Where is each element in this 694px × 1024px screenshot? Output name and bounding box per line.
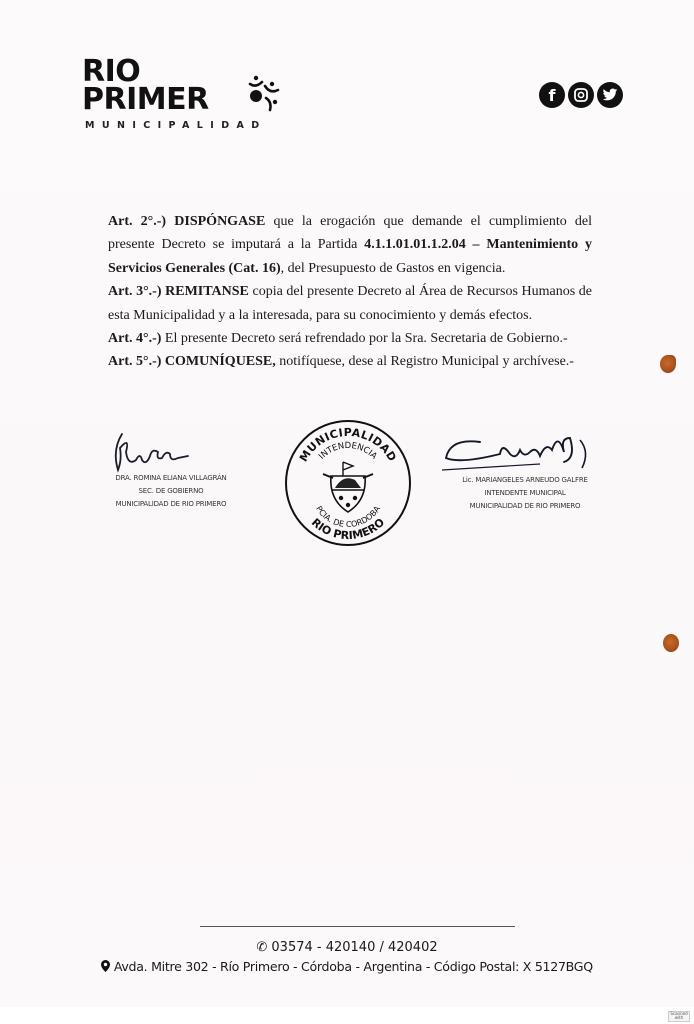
phone-icon: ✆ (256, 940, 267, 955)
article-3: Art. 3°.-) REMITANSE copia del presente … (108, 280, 592, 327)
signature-block-secretary: DRA. ROMINA ELIANA VILLAGRÁN SEC. DE GOB… (96, 472, 246, 511)
logo-line-primer: PRIMER (82, 86, 209, 114)
municipal-seal-stamp: MUNICIPALIDAD INTENDENCIA PCIA. DE CORDO… (283, 418, 413, 548)
signature-left-title: SEC. DE GOBIERNO (96, 485, 246, 498)
signature-right-title: INTENDENTE MUNICIPAL (440, 487, 610, 500)
article-3-keyword: REMITANSE (165, 284, 249, 299)
decree-articles: Art. 2°.-) DISPÓNGASE que la erogación q… (108, 210, 592, 374)
footer-divider (200, 926, 515, 927)
instagram-icon[interactable] (568, 82, 594, 108)
footer-address-text: Avda. Mitre 302 - Río Primero - Córdoba … (114, 959, 593, 974)
article-2-keyword: DISPÓNGASE (174, 214, 265, 229)
signature-right-name: Lic. MARIANGELES ARNEUDO GALFRE (440, 474, 610, 487)
facebook-icon[interactable]: f (539, 82, 565, 108)
sun-people-icon (242, 72, 282, 112)
signature-block-mayor: Lic. MARIANGELES ARNEUDO GALFRE INTENDEN… (440, 474, 610, 513)
signature-left-org: MUNICIPALIDAD DE RIO PRIMERO (96, 498, 246, 511)
article-5-keyword: COMUNÍQUESE, (165, 354, 276, 369)
punch-hole-bottom (663, 634, 679, 652)
page-bottom-margin (0, 1007, 694, 1024)
article-4-text: El presente Decreto será refrendado por … (161, 331, 567, 346)
article-4-label: Art. 4°.-) (108, 331, 161, 346)
article-3-label: Art. 3°.-) (108, 284, 162, 299)
signature-left-name: DRA. ROMINA ELIANA VILLAGRÁN (96, 472, 246, 485)
punch-hole-top (660, 355, 676, 373)
logo-subtitle: MUNICIPALIDAD (85, 120, 267, 131)
signature-scribble-right (440, 428, 600, 476)
article-5: Art. 5°.-) COMUNÍQUESE, notifíquese, des… (108, 350, 592, 373)
twitter-icon[interactable] (597, 82, 623, 108)
location-pin-icon (101, 960, 110, 972)
footer-phone-number: 03574 - 420140 / 420402 (271, 940, 437, 955)
article-5-label: Art. 5°.-) (108, 354, 161, 369)
footer-address: Avda. Mitre 302 - Río Primero - Córdoba … (0, 959, 694, 974)
scanner-badge: Scanned with (668, 1011, 690, 1022)
article-4: Art. 4°.-) El presente Decreto será refr… (108, 327, 592, 350)
municipality-logo: RIO PRIMER MUNICIPALIDAD (82, 56, 282, 136)
signature-right-org: MUNICIPALIDAD DE RIO PRIMERO (440, 500, 610, 513)
article-2-label: Art. 2°.-) (108, 214, 166, 229)
footer-phone: ✆ 03574 - 420140 / 420402 (0, 940, 694, 955)
article-2-text-end: , del Presupuesto de Gastos en vigencia. (281, 261, 506, 276)
article-5-text: notifíquese, dese al Registro Municipal … (276, 354, 574, 369)
article-2: Art. 2°.-) DISPÓNGASE que la erogación q… (108, 210, 592, 280)
social-icons: f (539, 82, 623, 108)
